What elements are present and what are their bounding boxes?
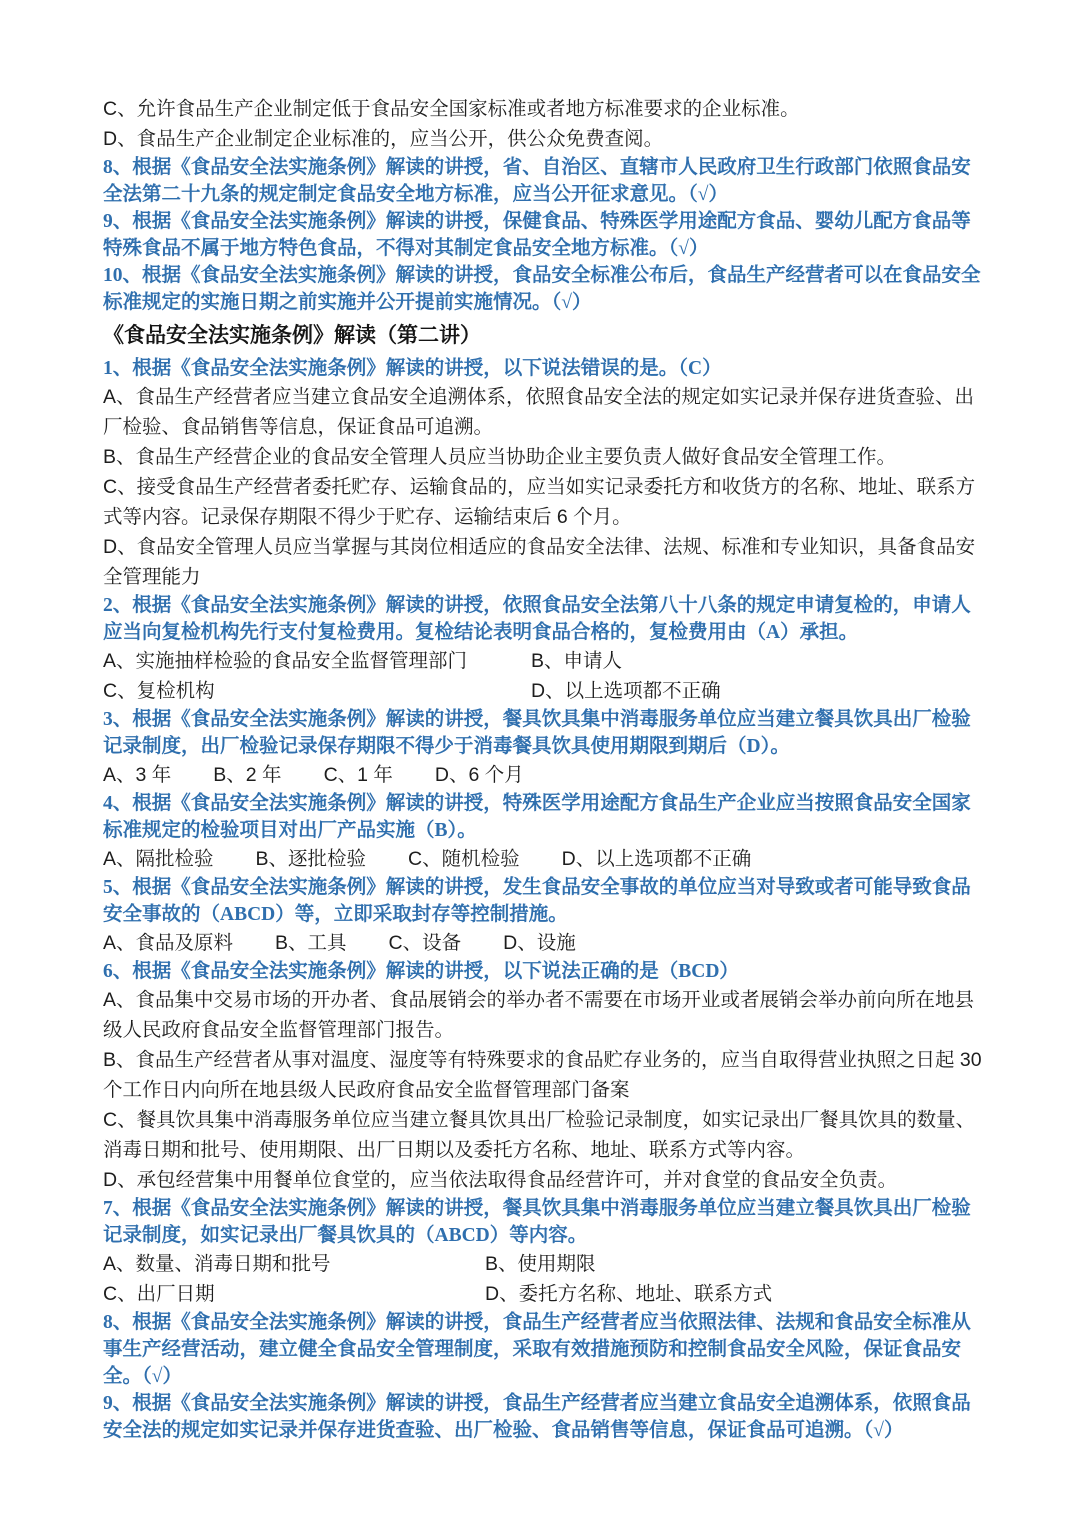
answer-option: C、随机检验 — [408, 848, 520, 870]
answer-text: D、食品生产企业制定企业标准的，应当公开，供公众免费查阅。 — [103, 124, 987, 154]
answer-option: B、逐批检验 — [256, 848, 367, 870]
answer-options-row: A、食品及原料B、工具C、设备D、设施 — [103, 928, 987, 958]
question-text: 4、根据《食品安全法实施条例》解读的讲授，特殊医学用途配方食品生产企业应当按照食… — [103, 790, 987, 844]
answer-options-row: C、复检机构D、以上选项都不正确 — [103, 676, 987, 706]
question-text: 1、根据《食品安全法实施条例》解读的讲授，以下说法错误的是。（C） — [103, 355, 987, 382]
answer-option: C、1 年 — [324, 764, 393, 786]
answer-option: A、隔批检验 — [103, 848, 214, 870]
question-text: 6、根据《食品安全法实施条例》解读的讲授，以下说法正确的是（BCD） — [103, 958, 987, 985]
answer-text: D、承包经营集中用餐单位食堂的，应当依法取得食品经营许可，并对食堂的食品安全负责… — [103, 1165, 987, 1195]
answer-option: C、出厂日期 — [103, 1279, 485, 1309]
document-body: C、允许食品生产企业制定低于食品安全国家标准或者地方标准要求的企业标准。D、食品… — [103, 94, 987, 1444]
question-text: 2、根据《食品安全法实施条例》解读的讲授，依照食品安全法第八十八条的规定申请复检… — [103, 592, 987, 646]
answer-text: C、接受食品生产经营者委托贮存、运输食品的，应当如实记录委托方和收货方的名称、地… — [103, 472, 987, 532]
question-text: 8、根据《食品安全法实施条例》解读的讲授，省、自治区、直辖市人民政府卫生行政部门… — [103, 154, 987, 208]
answer-text: C、餐具饮具集中消毒服务单位应当建立餐具饮具出厂检验记录制度，如实记录出厂餐具饮… — [103, 1105, 987, 1165]
answer-text: D、食品安全管理人员应当掌握与其岗位相适应的食品安全法律、法规、标准和专业知识，… — [103, 532, 987, 592]
answer-option: B、2 年 — [213, 764, 281, 786]
answer-option: A、实施抽样检验的食品安全监督管理部门 — [103, 646, 531, 676]
answer-options-row: C、出厂日期D、委托方名称、地址、联系方式 — [103, 1279, 987, 1309]
answer-text: C、允许食品生产企业制定低于食品安全国家标准或者地方标准要求的企业标准。 — [103, 94, 987, 124]
answer-text: B、食品生产经营企业的食品安全管理人员应当协助企业主要负责人做好食品安全管理工作… — [103, 442, 987, 472]
answer-option: B、申请人 — [531, 646, 622, 676]
answer-option: D、6 个月 — [435, 764, 524, 786]
question-text: 10、根据《食品安全法实施条例》解读的讲授，食品安全标准公布后，食品生产经营者可… — [103, 262, 987, 316]
answer-option: D、设施 — [503, 932, 576, 954]
answer-options-row: A、数量、消毒日期和批号B、使用期限 — [103, 1249, 987, 1279]
answer-text: A、食品生产经营者应当建立食品安全追溯体系，依照食品安全法的规定如实记录并保存进… — [103, 382, 987, 442]
answer-option: C、设备 — [389, 932, 462, 954]
answer-option: D、以上选项都不正确 — [531, 676, 721, 706]
question-text: 8、根据《食品安全法实施条例》解读的讲授，食品生产经营者应当依照法律、法规和食品… — [103, 1309, 987, 1390]
answer-option: D、以上选项都不正确 — [562, 848, 752, 870]
answer-option: B、工具 — [275, 932, 347, 954]
answer-option: A、数量、消毒日期和批号 — [103, 1249, 485, 1279]
question-text: 3、根据《食品安全法实施条例》解读的讲授，餐具饮具集中消毒服务单位应当建立餐具饮… — [103, 706, 987, 760]
answer-text: B、食品生产经营者从事对温度、湿度等有特殊要求的食品贮存业务的，应当自取得营业执… — [103, 1045, 987, 1105]
exam-document-page: C、允许食品生产企业制定低于食品安全国家标准或者地方标准要求的企业标准。D、食品… — [0, 0, 1080, 1527]
question-text: 9、根据《食品安全法实施条例》解读的讲授，食品生产经营者应当建立食品安全追溯体系… — [103, 1390, 987, 1444]
section-heading: 《食品安全法实施条例》解读（第二讲） — [103, 319, 987, 353]
answer-option: B、使用期限 — [485, 1249, 596, 1279]
answer-option: A、食品及原料 — [103, 932, 233, 954]
question-text: 5、根据《食品安全法实施条例》解读的讲授，发生食品安全事故的单位应当对导致或者可… — [103, 874, 987, 928]
answer-option: C、复检机构 — [103, 676, 531, 706]
answer-option: A、3 年 — [103, 764, 171, 786]
answer-options-row: A、隔批检验B、逐批检验C、随机检验D、以上选项都不正确 — [103, 844, 987, 874]
answer-options-row: A、3 年B、2 年C、1 年D、6 个月 — [103, 760, 987, 790]
question-text: 9、根据《食品安全法实施条例》解读的讲授，保健食品、特殊医学用途配方食品、婴幼儿… — [103, 208, 987, 262]
question-text: 7、根据《食品安全法实施条例》解读的讲授，餐具饮具集中消毒服务单位应当建立餐具饮… — [103, 1195, 987, 1249]
answer-option: D、委托方名称、地址、联系方式 — [485, 1279, 772, 1309]
answer-text: A、食品集中交易市场的开办者、食品展销会的举办者不需要在市场开业或者展销会举办前… — [103, 985, 987, 1045]
answer-options-row: A、实施抽样检验的食品安全监督管理部门B、申请人 — [103, 646, 987, 676]
